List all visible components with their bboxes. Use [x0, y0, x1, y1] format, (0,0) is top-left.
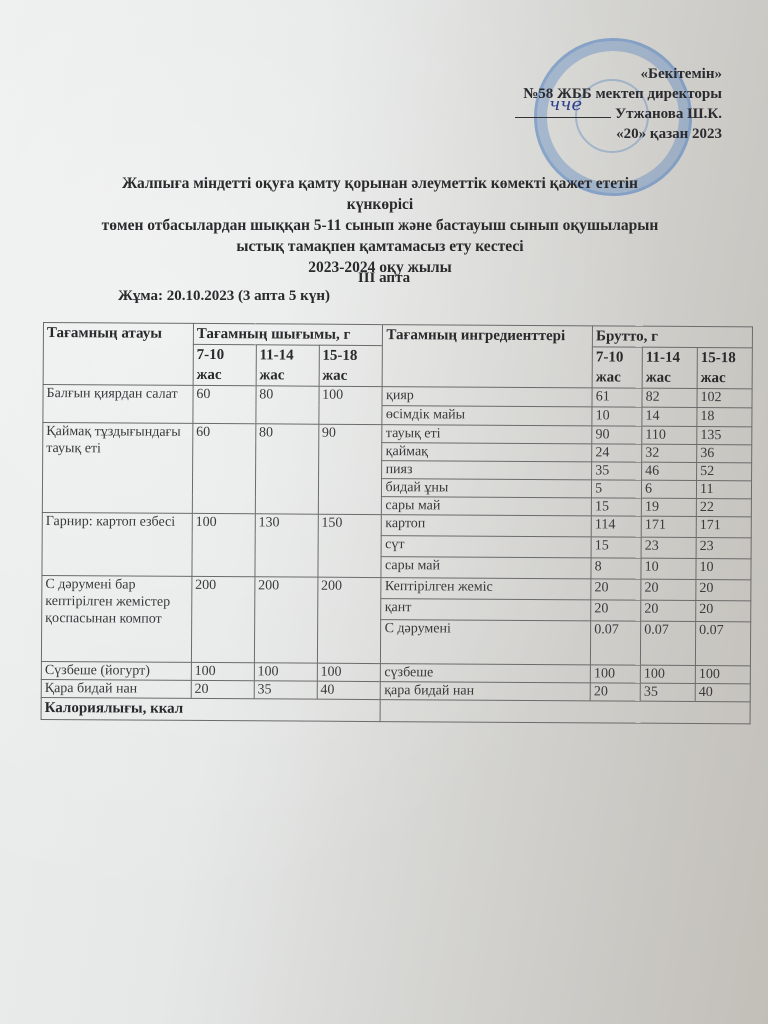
brutto-value: 22: [696, 498, 751, 516]
dish-yield-value: 150: [318, 514, 382, 577]
brutto-value: 52: [697, 462, 752, 480]
dish-yield-value: 200: [254, 577, 317, 663]
dish-yield-value: 35: [254, 681, 317, 699]
header-age-yield: 15-18 жас: [319, 345, 383, 386]
ingredient-name: қаймақ: [382, 443, 592, 462]
header-dish-yield: Тағамның шығымы, г: [193, 323, 383, 345]
dish-name: Қара бидай нан: [41, 679, 191, 698]
header-age-yield: 7-10 жас: [193, 344, 256, 385]
table-row: С дәрумені бар кептірілген жемістер қосп…: [42, 575, 751, 600]
brutto-value: 5: [592, 480, 642, 498]
dish-yield-value: 60: [193, 385, 256, 423]
signature-line: ччe: [515, 105, 611, 118]
dish-name: Қаймақ тұздығындағы тауық еті: [42, 423, 192, 514]
brutto-value: 135: [697, 426, 752, 444]
day-label: Жұма: 20.10.2023 (3 апта 5 күн): [118, 288, 330, 305]
brutto-value: 35: [640, 683, 695, 701]
brutto-value: 36: [697, 444, 752, 462]
dish-name: Гарнир: картоп езбесі: [42, 512, 192, 576]
header-brutto: Брутто, г: [593, 326, 753, 348]
calories-label: Калориялығы, ккал: [41, 697, 381, 721]
ingredient-name: пияз: [382, 461, 592, 480]
approval-director-name: Утжанова Ш.К.: [615, 106, 722, 122]
header-ingredients: Тағамның ингредиенттері: [383, 325, 593, 388]
brutto-value: 15: [591, 498, 641, 516]
approval-position: №58 ЖББ мектеп директоры: [515, 84, 722, 104]
brutto-value: 18: [697, 407, 752, 426]
dish-yield-value: 80: [255, 424, 318, 514]
ingredient-name: сүт: [382, 536, 592, 558]
brutto-value: 10: [641, 558, 696, 579]
ingredient-name: қант: [381, 599, 591, 621]
brutto-value: 10: [592, 407, 642, 426]
ingredient-name: сары май: [381, 557, 591, 579]
ingredient-name: өсімдік майы: [382, 406, 592, 426]
table-row: Қаймақ тұздығындағы тауық еті608090тауық…: [43, 423, 752, 445]
brutto-value: 20: [696, 600, 751, 621]
calories-value: [381, 700, 751, 724]
dish-yield-value: 100: [191, 662, 254, 680]
title-line-1: Жалпыға міндетті оқуға қамту қорынан әле…: [100, 173, 660, 215]
header-age-brutto: 11-14 жас: [642, 347, 697, 388]
document-title: Жалпыға міндетті оқуға қамту қорынан әле…: [100, 173, 660, 278]
ingredient-name: сүзбеше: [381, 664, 591, 683]
dish-yield-value: 100: [318, 386, 382, 424]
ingredient-name: қара бидай нан: [381, 682, 591, 701]
ingredient-name: қияр: [382, 387, 592, 407]
brutto-value: 0.07: [591, 621, 641, 665]
header-age-yield: 11-14 жас: [256, 345, 319, 386]
brutto-value: 35: [592, 462, 642, 480]
dish-yield-value: 40: [317, 681, 381, 699]
week-label: ІІІ апта: [0, 270, 768, 287]
dish-yield-value: 60: [192, 423, 255, 513]
ingredient-name: С дәрумені: [381, 620, 591, 665]
dish-yield-value: 90: [318, 424, 382, 514]
approval-date: «20» қазан 2023: [515, 124, 722, 144]
ingredient-name: сары май: [382, 497, 592, 516]
table-row: Балғын қиярдан салат6080100қияр6182102: [43, 385, 752, 408]
brutto-value: 24: [592, 444, 642, 462]
brutto-value: 102: [697, 388, 752, 407]
brutto-value: 114: [591, 516, 641, 537]
brutto-value: 20: [641, 600, 696, 621]
calories-row: Калориялығы, ккал: [41, 697, 750, 723]
brutto-value: 23: [641, 537, 696, 558]
dish-name: Балғын қиярдан салат: [43, 385, 193, 424]
brutto-value: 19: [641, 498, 696, 516]
dish-yield-value: 200: [317, 577, 381, 663]
dish-yield-value: 100: [254, 663, 317, 681]
header-age-brutto: 7-10 жас: [592, 347, 642, 388]
brutto-value: 61: [592, 388, 642, 407]
dish-name: С дәрумені бар кептірілген жемістер қосп…: [41, 575, 191, 662]
brutto-value: 171: [696, 516, 751, 537]
approval-block: «Бекітемін» №58 ЖББ мектеп директоры ччe…: [515, 64, 722, 144]
approval-heading: «Бекітемін»: [515, 64, 722, 84]
brutto-value: 171: [641, 516, 696, 537]
dish-yield-value: 100: [317, 663, 381, 681]
dish-name: Сүзбеше (йогурт): [41, 661, 191, 680]
brutto-value: 0.07: [641, 621, 696, 665]
table-row: Гарнир: картоп езбесі100130150картоп1141…: [42, 512, 751, 537]
brutto-value: 20: [591, 579, 641, 600]
brutto-value: 8: [591, 558, 641, 579]
brutto-value: 15: [591, 537, 641, 558]
ingredient-name: тауық еті: [382, 425, 592, 444]
brutto-value: 110: [642, 426, 697, 444]
header-age-brutto: 15-18 жас: [697, 347, 752, 388]
brutto-value: 82: [642, 388, 697, 407]
brutto-value: 11: [696, 480, 751, 498]
table-header-row: Тағамның атауыТағамның шығымы, гТағамның…: [43, 323, 752, 348]
title-line-2: төмен отбасылардан шыққан 5-11 сынып жән…: [100, 215, 660, 236]
ingredient-name: картоп: [382, 515, 592, 537]
dish-yield-value: 80: [256, 386, 319, 424]
brutto-value: 20: [641, 579, 696, 600]
signature: ччe: [549, 95, 582, 115]
brutto-value: 23: [696, 537, 751, 558]
dish-yield-value: 130: [255, 514, 318, 577]
brutto-value: 6: [642, 480, 697, 498]
brutto-value: 100: [590, 665, 640, 683]
brutto-value: 40: [695, 683, 750, 701]
brutto-value: 10: [696, 558, 751, 579]
brutto-value: 46: [642, 462, 697, 480]
brutto-value: 14: [642, 407, 697, 426]
ingredient-name: Кептірілген жеміс: [381, 578, 591, 600]
brutto-value: 20: [591, 600, 641, 621]
brutto-value: 100: [640, 665, 695, 683]
brutto-value: 0.07: [695, 621, 750, 665]
brutto-value: 90: [592, 426, 642, 444]
menu-table: Тағамның атауыТағамның шығымы, гТағамның…: [41, 322, 753, 724]
dish-yield-value: 20: [191, 680, 254, 698]
ingredient-name: бидай ұны: [382, 479, 592, 498]
title-line-3: ыстық тамақпен қамтамасыз ету кестесі: [100, 236, 660, 257]
brutto-value: 20: [590, 683, 640, 701]
brutto-value: 20: [696, 579, 751, 600]
header-dish-name: Тағамның атауы: [43, 323, 193, 386]
brutto-value: 100: [695, 665, 750, 683]
dish-yield-value: 200: [191, 576, 254, 662]
approval-signatory: ччe Утжанова Ш.К.: [515, 104, 722, 124]
dish-yield-value: 100: [192, 513, 255, 576]
brutto-value: 32: [642, 444, 697, 462]
